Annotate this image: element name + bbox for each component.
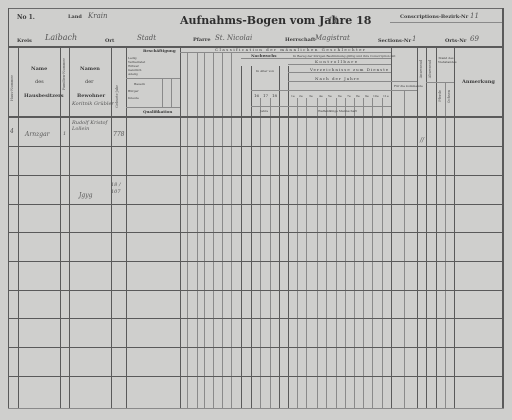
- subcol-line: [404, 90, 405, 408]
- vieh-pferde-header: Pferde: [438, 90, 442, 102]
- entry-1-haus-nr[interactable]: 4: [10, 128, 14, 135]
- fuer-kommende-label: Für die kommende: [394, 84, 423, 88]
- conscription-label: Conscriptions-Bezirk-Nr: [400, 14, 468, 20]
- row-line: [8, 232, 504, 233]
- form-title: Aufnahms-Bogen vom Jahre 18: [180, 14, 371, 27]
- sub-row-2: Bürger: [128, 89, 139, 93]
- pfarre-label: Pfarre: [193, 37, 211, 43]
- col-line: [126, 46, 127, 408]
- land-value[interactable]: Krain: [88, 12, 108, 20]
- classification-title: Classification der männlichen Geschlecht…: [215, 47, 366, 52]
- conscription-value[interactable]: 11: [470, 12, 479, 20]
- kreis-label: Kreis: [17, 38, 32, 44]
- col-line: [18, 46, 19, 408]
- entry-3-geburtsjahr[interactable]: 18 / 107: [111, 182, 125, 196]
- subcol-line: [297, 98, 298, 408]
- subheader-line: [288, 64, 391, 65]
- subcol-line: [187, 52, 188, 408]
- subcol-line: [336, 98, 337, 408]
- bewohner-note: Koritnik Grübler: [72, 101, 114, 107]
- ort-value[interactable]: Stadt: [137, 34, 156, 42]
- jahre-col-7: 7e: [347, 94, 351, 98]
- kontrollbare-header: Kontrollbare: [315, 59, 359, 64]
- alter-col-18: 18: [272, 93, 277, 98]
- entry-1-marks[interactable]: //: [420, 137, 424, 144]
- subcol-line: [222, 52, 223, 408]
- stand-row-5: Adelig: [128, 72, 138, 76]
- subcol-line: [372, 98, 373, 408]
- vieh-ochsen-header: Ochsen: [447, 90, 451, 103]
- subcol-line: [204, 52, 205, 408]
- jahre-label: Jahre: [260, 109, 268, 113]
- anwesend-header: Anwesend: [419, 60, 423, 78]
- stand-vdivider: [171, 78, 172, 107]
- pfarre-value[interactable]: St. Nicolai: [215, 34, 252, 42]
- row-line: [8, 204, 504, 205]
- sub-row-3: Inleute: [128, 96, 139, 100]
- vieh-divider: [426, 82, 454, 83]
- row-line: [8, 318, 504, 319]
- subheader-line: [251, 106, 391, 107]
- subcol-line: [382, 98, 383, 408]
- entry-1-bewohner[interactable]: Rudolf Kristof Lollein: [72, 120, 110, 132]
- bottom-edge: [8, 408, 504, 409]
- entry-1-hausbesitzer[interactable]: Arnzgar: [25, 131, 50, 138]
- jahre-col-4: 4e: [319, 94, 323, 98]
- subcol-line: [260, 98, 261, 408]
- subcol-line: [354, 98, 355, 408]
- subcol-line: [270, 98, 271, 408]
- bewohner-header-1: Namen: [80, 66, 100, 72]
- jahre-col-5: 5e: [328, 94, 332, 98]
- subcol-line: [317, 98, 318, 408]
- sub-row-1: Bauern: [134, 82, 145, 86]
- subcol-line: [197, 52, 198, 408]
- row-line: [8, 261, 504, 262]
- col-line: [454, 46, 455, 408]
- haus-nr-header: Haus-Nummer: [10, 75, 14, 101]
- left-border: [8, 8, 9, 408]
- subcol-line: [306, 98, 307, 408]
- col-line: [69, 46, 70, 408]
- nach-jahren-header: Nach der Jahre: [315, 76, 360, 81]
- verzeichnisse-header: Verzeichnisse zum Dienste: [310, 67, 389, 72]
- jahre-col-8: 8e: [356, 94, 360, 98]
- jahre-col-2: 2e: [299, 94, 303, 98]
- reserve-text: In Bezug der übrigen Bestimmung gültig u…: [293, 54, 396, 58]
- geburtsjahr-header: Geburts-Jahr: [115, 85, 119, 108]
- census-form-sheet: No 1. Land Krain Aufnahms-Bogen vom Jahr…: [0, 0, 512, 420]
- hausbesitzer-header-1: Name: [31, 66, 47, 72]
- header-body-separator: [8, 116, 504, 118]
- subheader-line: [288, 72, 391, 73]
- subcol-line: [231, 52, 232, 408]
- subheader-line: [288, 81, 417, 82]
- classification-underline: [180, 52, 391, 53]
- orts-value[interactable]: 69: [470, 35, 479, 43]
- stand-vdivider: [162, 78, 163, 107]
- row-line: [8, 376, 504, 377]
- subcol-line: [326, 98, 327, 408]
- row-line: [8, 347, 504, 348]
- entry-3-bewohner[interactable]: Jgyg: [79, 192, 92, 199]
- subcol-line: [213, 52, 214, 408]
- col-line: [391, 46, 392, 408]
- jahre-col-11: 11e: [383, 94, 389, 98]
- bewohner-header-2: der: [85, 79, 94, 85]
- jahre-col-9: 9e: [365, 94, 369, 98]
- bewohner-header-3: Bewohner: [77, 93, 105, 99]
- jahre-col-10: 10e: [373, 94, 379, 98]
- jahre-col-6: 6e: [338, 94, 342, 98]
- orts-label: Orts-Nr: [445, 38, 466, 44]
- jahre-col-1: 1e: [291, 94, 295, 98]
- row-line: [8, 290, 504, 291]
- col-line: [417, 46, 418, 408]
- stand-header: Beschäftigung: [143, 48, 176, 53]
- sections-value[interactable]: 1: [412, 35, 416, 43]
- subcol-line: [345, 98, 346, 408]
- herrschaft-label: Herrschaft: [285, 37, 315, 43]
- alter-label: In Alter von: [256, 69, 274, 73]
- waffenfaehig-label: Waffenfähige Mannschaft: [318, 109, 357, 113]
- land-label: Land: [68, 14, 82, 20]
- herrschaft-value[interactable]: Magistrat: [315, 34, 350, 42]
- kreis-value[interactable]: Laibach: [45, 33, 77, 42]
- vieh-header: Stand des Viehstandes: [438, 56, 454, 64]
- col-line: [180, 46, 181, 408]
- entry-1-familien-nr[interactable]: 1: [63, 131, 66, 137]
- sheet-number: No 1.: [17, 14, 35, 21]
- subheader-line: [251, 90, 417, 91]
- top-border: [8, 8, 504, 9]
- stand-divider: [126, 107, 180, 108]
- col-line: [426, 46, 427, 408]
- conscription-underline: [390, 22, 502, 23]
- col-line: [436, 46, 437, 408]
- year-value[interactable]: 11: [328, 16, 338, 25]
- qualifikation-header: Qualifikation: [143, 109, 172, 114]
- hausbesitzer-header-2: des: [35, 79, 44, 85]
- row-line: [8, 175, 504, 176]
- right-border: [502, 8, 504, 408]
- anmerkung-header: Anmerkung: [462, 79, 495, 85]
- alter-col-16: 16: [254, 93, 259, 98]
- abwesend-header: Abwesend: [428, 60, 432, 78]
- hausbesitzer-header-3: Hausbesitzers: [24, 93, 64, 99]
- familien-nr-header: Familien-Nummer: [62, 58, 66, 90]
- nachwuchs-header: Nachwuchs: [251, 53, 277, 58]
- col-line: [60, 46, 61, 408]
- subcol-line: [445, 82, 446, 408]
- sections-label: Sections-Nr: [378, 38, 411, 44]
- row-line: [8, 146, 504, 147]
- ort-label: Ort: [105, 38, 114, 44]
- jahre-col-3: 3e: [309, 94, 313, 98]
- entry-1-geburtsjahr[interactable]: 778: [113, 131, 124, 138]
- alter-col-17: 17: [263, 93, 268, 98]
- subcol-line: [363, 98, 364, 408]
